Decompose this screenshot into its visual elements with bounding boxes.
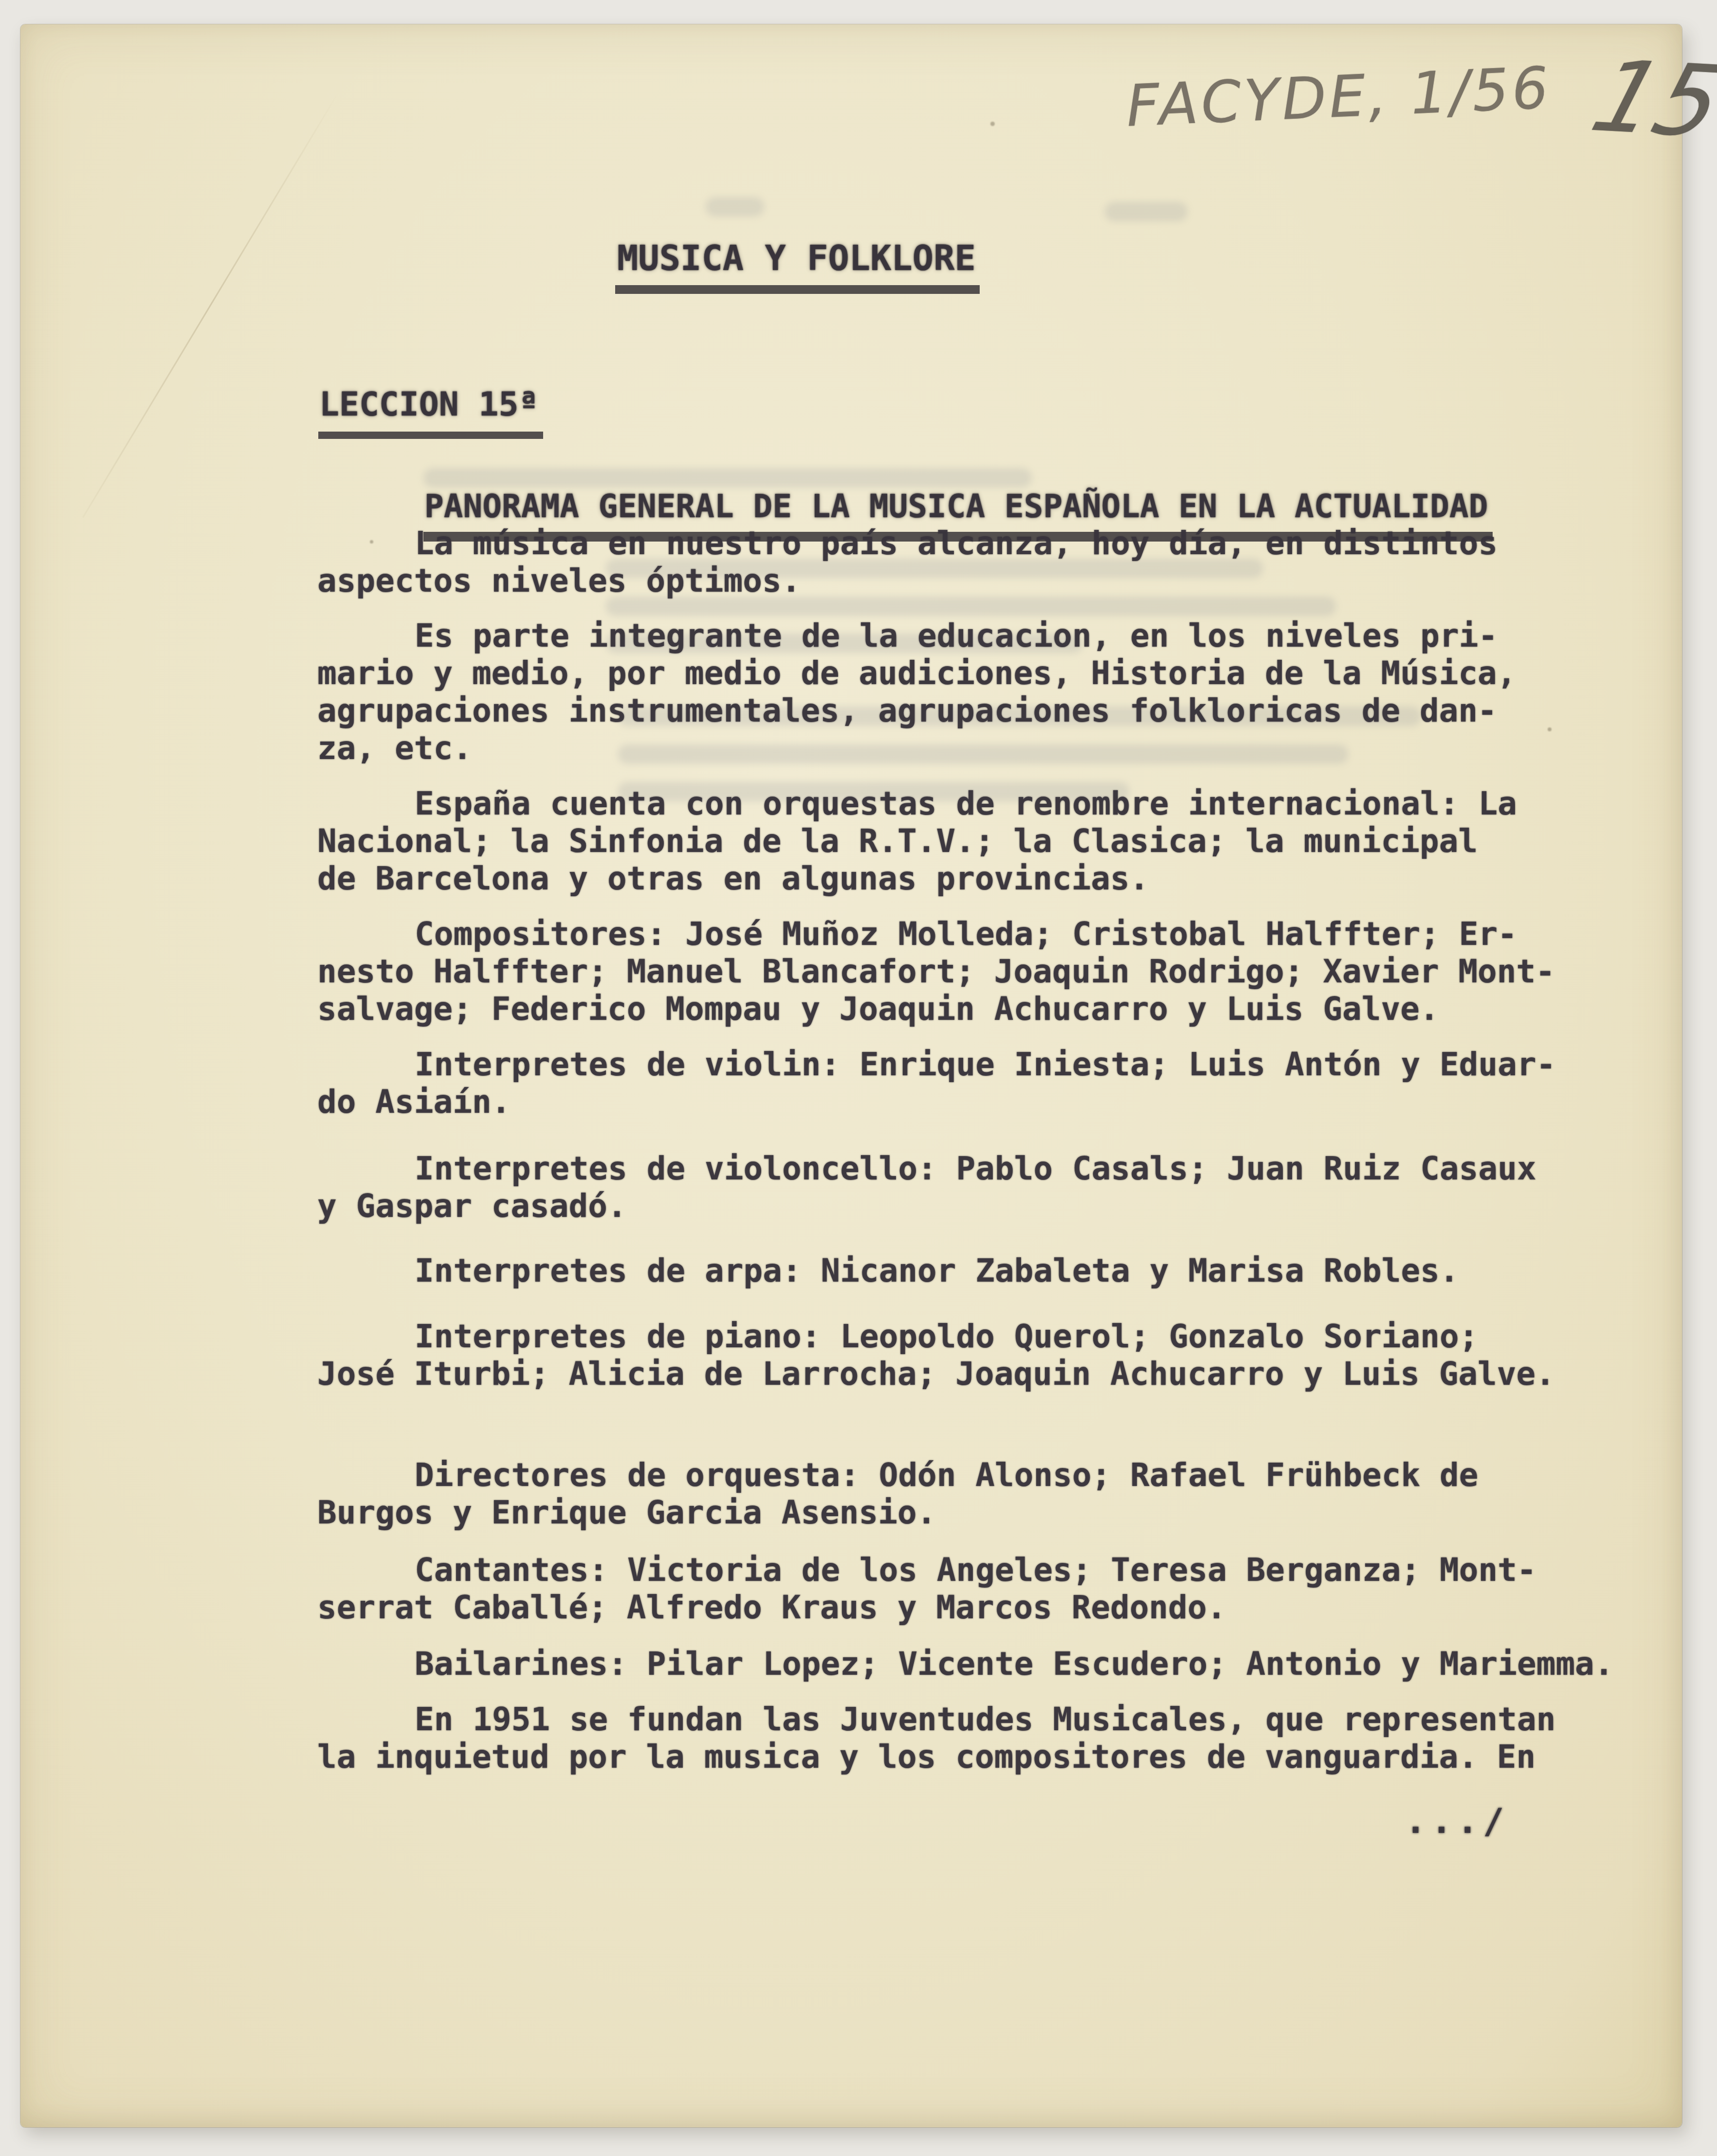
dust-speck [990, 122, 995, 126]
text-line: España cuenta con orquestas de renombre … [317, 785, 1651, 822]
text-line: za, etc. [317, 729, 1651, 767]
paper-sheet: FACYDE, 1/56 15 MUSICA Y FOLKLORE LECCIO… [20, 24, 1682, 2127]
paragraph: España cuenta con orquestas de renombre … [317, 785, 1651, 897]
document-paragraphs: La música en nuestro país alcanza, hoy d… [317, 525, 1651, 1776]
text-line: Interpretes de piano: Leopoldo Querol; G… [317, 1318, 1651, 1355]
paragraph: Es parte integrante de la educacion, en … [317, 617, 1651, 767]
text-line: do Asiaín. [317, 1083, 1651, 1121]
text-line: nesto Halffter; Manuel Blancafort; Joaqu… [317, 953, 1651, 990]
paper-crease [82, 91, 339, 518]
text-line: la inquietud por la musica y los composi… [317, 1738, 1651, 1776]
text-line: mario y medio, por medio de audiciones, … [317, 654, 1651, 692]
paragraph: Interpretes de piano: Leopoldo Querol; G… [317, 1318, 1651, 1393]
paragraph: Interpretes de violin: Enrique Iniesta; … [317, 1046, 1651, 1121]
text-line: agrupaciones instrumentales, agrupacione… [317, 692, 1651, 729]
text-line: Bailarines: Pilar Lopez; Vicente Escuder… [317, 1645, 1651, 1683]
pencil-catalog-ref: FACYDE, 1/56 [1125, 54, 1553, 140]
text-line: Directores de orquesta: Odón Alonso; Raf… [317, 1456, 1651, 1494]
paragraph: La música en nuestro país alcanza, hoy d… [317, 525, 1651, 599]
text-line: Nacional; la Sinfonia de la R.T.V.; la C… [317, 822, 1651, 860]
text-line: Compositores: José Muñoz Molleda; Cristo… [317, 915, 1651, 953]
bleed-through-mark [706, 197, 764, 217]
text-line: La música en nuestro país alcanza, hoy d… [317, 525, 1651, 562]
paragraph: Bailarines: Pilar Lopez; Vicente Escuder… [317, 1645, 1651, 1683]
text-line: José Iturbi; Alicia de Larrocha; Joaquin… [317, 1355, 1651, 1393]
text-line: Es parte integrante de la educacion, en … [317, 617, 1651, 654]
lesson-heading: LECCION 15ª [318, 385, 543, 439]
paragraph: Directores de orquesta: Odón Alonso; Raf… [317, 1456, 1651, 1531]
text-line: Burgos y Enrique Garcia Asensio. [317, 1494, 1651, 1531]
paragraph: Interpretes de arpa: Nicanor Zabaleta y … [317, 1252, 1651, 1289]
pencil-page-number: 15 [1580, 39, 1717, 159]
bleed-through-mark [1105, 202, 1187, 221]
text-line: En 1951 se fundan las Juventudes Musical… [317, 1701, 1651, 1738]
text-line: Cantantes: Victoria de los Angeles; Tere… [317, 1551, 1651, 1589]
text-line: Interpretes de violin: Enrique Iniesta; … [317, 1046, 1651, 1083]
text-line: Interpretes de violoncello: Pablo Casals… [317, 1150, 1651, 1187]
continuation-mark: .../ [1405, 1800, 1509, 1841]
scanned-document: FACYDE, 1/56 15 MUSICA Y FOLKLORE LECCIO… [0, 0, 1717, 2156]
document-title: MUSICA Y FOLKLORE [615, 237, 980, 294]
text-line: de Barcelona y otras en algunas provinci… [317, 860, 1651, 897]
paragraph: En 1951 se fundan las Juventudes Musical… [317, 1701, 1651, 1776]
text-line: salvage; Federico Mompau y Joaquin Achuc… [317, 990, 1651, 1028]
text-line: Interpretes de arpa: Nicanor Zabaleta y … [317, 1252, 1651, 1289]
paragraph: Compositores: José Muñoz Molleda; Cristo… [317, 915, 1651, 1028]
text-line: aspectos niveles óptimos. [317, 562, 1651, 599]
paragraph: Interpretes de violoncello: Pablo Casals… [317, 1150, 1651, 1225]
text-line: serrat Caballé; Alfredo Kraus y Marcos R… [317, 1589, 1651, 1626]
paragraph: Cantantes: Victoria de los Angeles; Tere… [317, 1551, 1651, 1626]
bleed-through-line [423, 468, 1032, 488]
text-line: y Gaspar casadó. [317, 1187, 1651, 1225]
